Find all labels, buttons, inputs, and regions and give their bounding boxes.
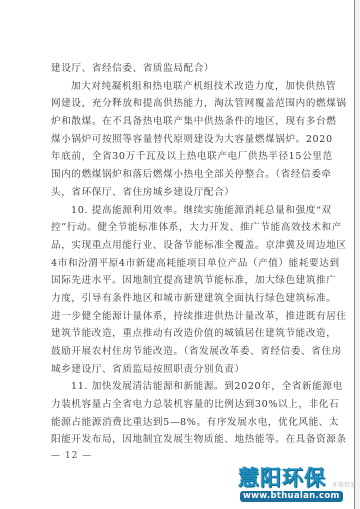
- text-line: 年底前，全省30万千瓦及以上热电联产电厂供热半径15公里范: [51, 148, 317, 166]
- text-line: 阳能开发布局，因地制宜发展生物质能、地热能等。在具备资源条: [51, 431, 317, 449]
- text-line: 能源占能源消费比重达到5—8%。有序发展水电，优化风能、太: [51, 414, 317, 432]
- text-line: 网建设，充分释放和提高供热能力，淘汰管网覆盖范围内的燃煤锅: [51, 95, 317, 113]
- watermark-url: www.bthualan.com: [240, 491, 343, 502]
- text-line: 国际先进水平。因地制宜提高建筑节能标准，加大绿色建筑推广: [51, 272, 317, 290]
- text-line: 鼓励开展农村住房节能改造。（省发展改革委、省经信委、省住房: [51, 343, 317, 361]
- page-edge-line: [354, 0, 355, 509]
- page-edge-shadow: [355, 0, 360, 509]
- text-line: 力装机容量占全省电力总装机容量的比例达到30%以上，非化石: [51, 396, 317, 414]
- section-heading-line: 10. 提高能源利用效率。继续实施能源消耗总量和强度“双: [51, 202, 317, 220]
- text-line: 品，实现重点用能行业、设备节能标准全覆盖。京津冀及周边地区: [51, 237, 317, 255]
- text-line: 围内的燃煤锅炉和落后燃煤小热电全部关停整合。（省经信委牵: [51, 166, 317, 184]
- document-body: 建设厅、省经信委、省质监局配合） 加大对纯凝机组和热电联产机组技术改造力度，加快…: [51, 60, 317, 449]
- watermark-subtitle: 环保管家: [332, 480, 356, 489]
- text-line: 4市和汾渭平原4市新建高耗能项目单位产品（产值）能耗要达到: [51, 255, 317, 273]
- text-line: 进一步健全能源计量体系，持续推进供热计量改革，推进既有居住: [51, 308, 317, 326]
- text-line: 建筑节能改造，重点推动有改造价值的城镇居住建筑节能改造，: [51, 325, 317, 343]
- page-number: — 12 —: [51, 451, 92, 461]
- text-line: 力度，引导有条件地区和城市新建建筑全面执行绿色建筑标准。: [51, 290, 317, 308]
- text-line: 加大对纯凝机组和热电联产机组技术改造力度，加快供热管: [51, 78, 317, 96]
- text-line: 控”行动。健全节能标准体系，大力开发、推广节能高效技术和产: [51, 219, 317, 237]
- text-line: 煤小锅炉可按照等容量替代原则建设为大容量燃煤锅炉。2020: [51, 131, 317, 149]
- section-heading-line: 11. 加快发展清洁能源和新能源。到2020年，全省新能源电: [51, 378, 317, 396]
- text-line: 建设厅、省经信委、省质监局配合）: [51, 60, 317, 78]
- watermark-logo: 慧阳环保 环保管家 www.bthualan.com: [238, 466, 356, 506]
- text-line: 炉和散煤。在不具备热电联产集中供热条件的地区，现有多台燃: [51, 113, 317, 131]
- watermark-title: 慧阳环保: [238, 466, 326, 490]
- text-line: 城乡建设厅、省质监局按照职责分别负责）: [51, 361, 317, 379]
- text-line: 头，省环保厅、省住房城乡建设厅配合）: [51, 184, 317, 202]
